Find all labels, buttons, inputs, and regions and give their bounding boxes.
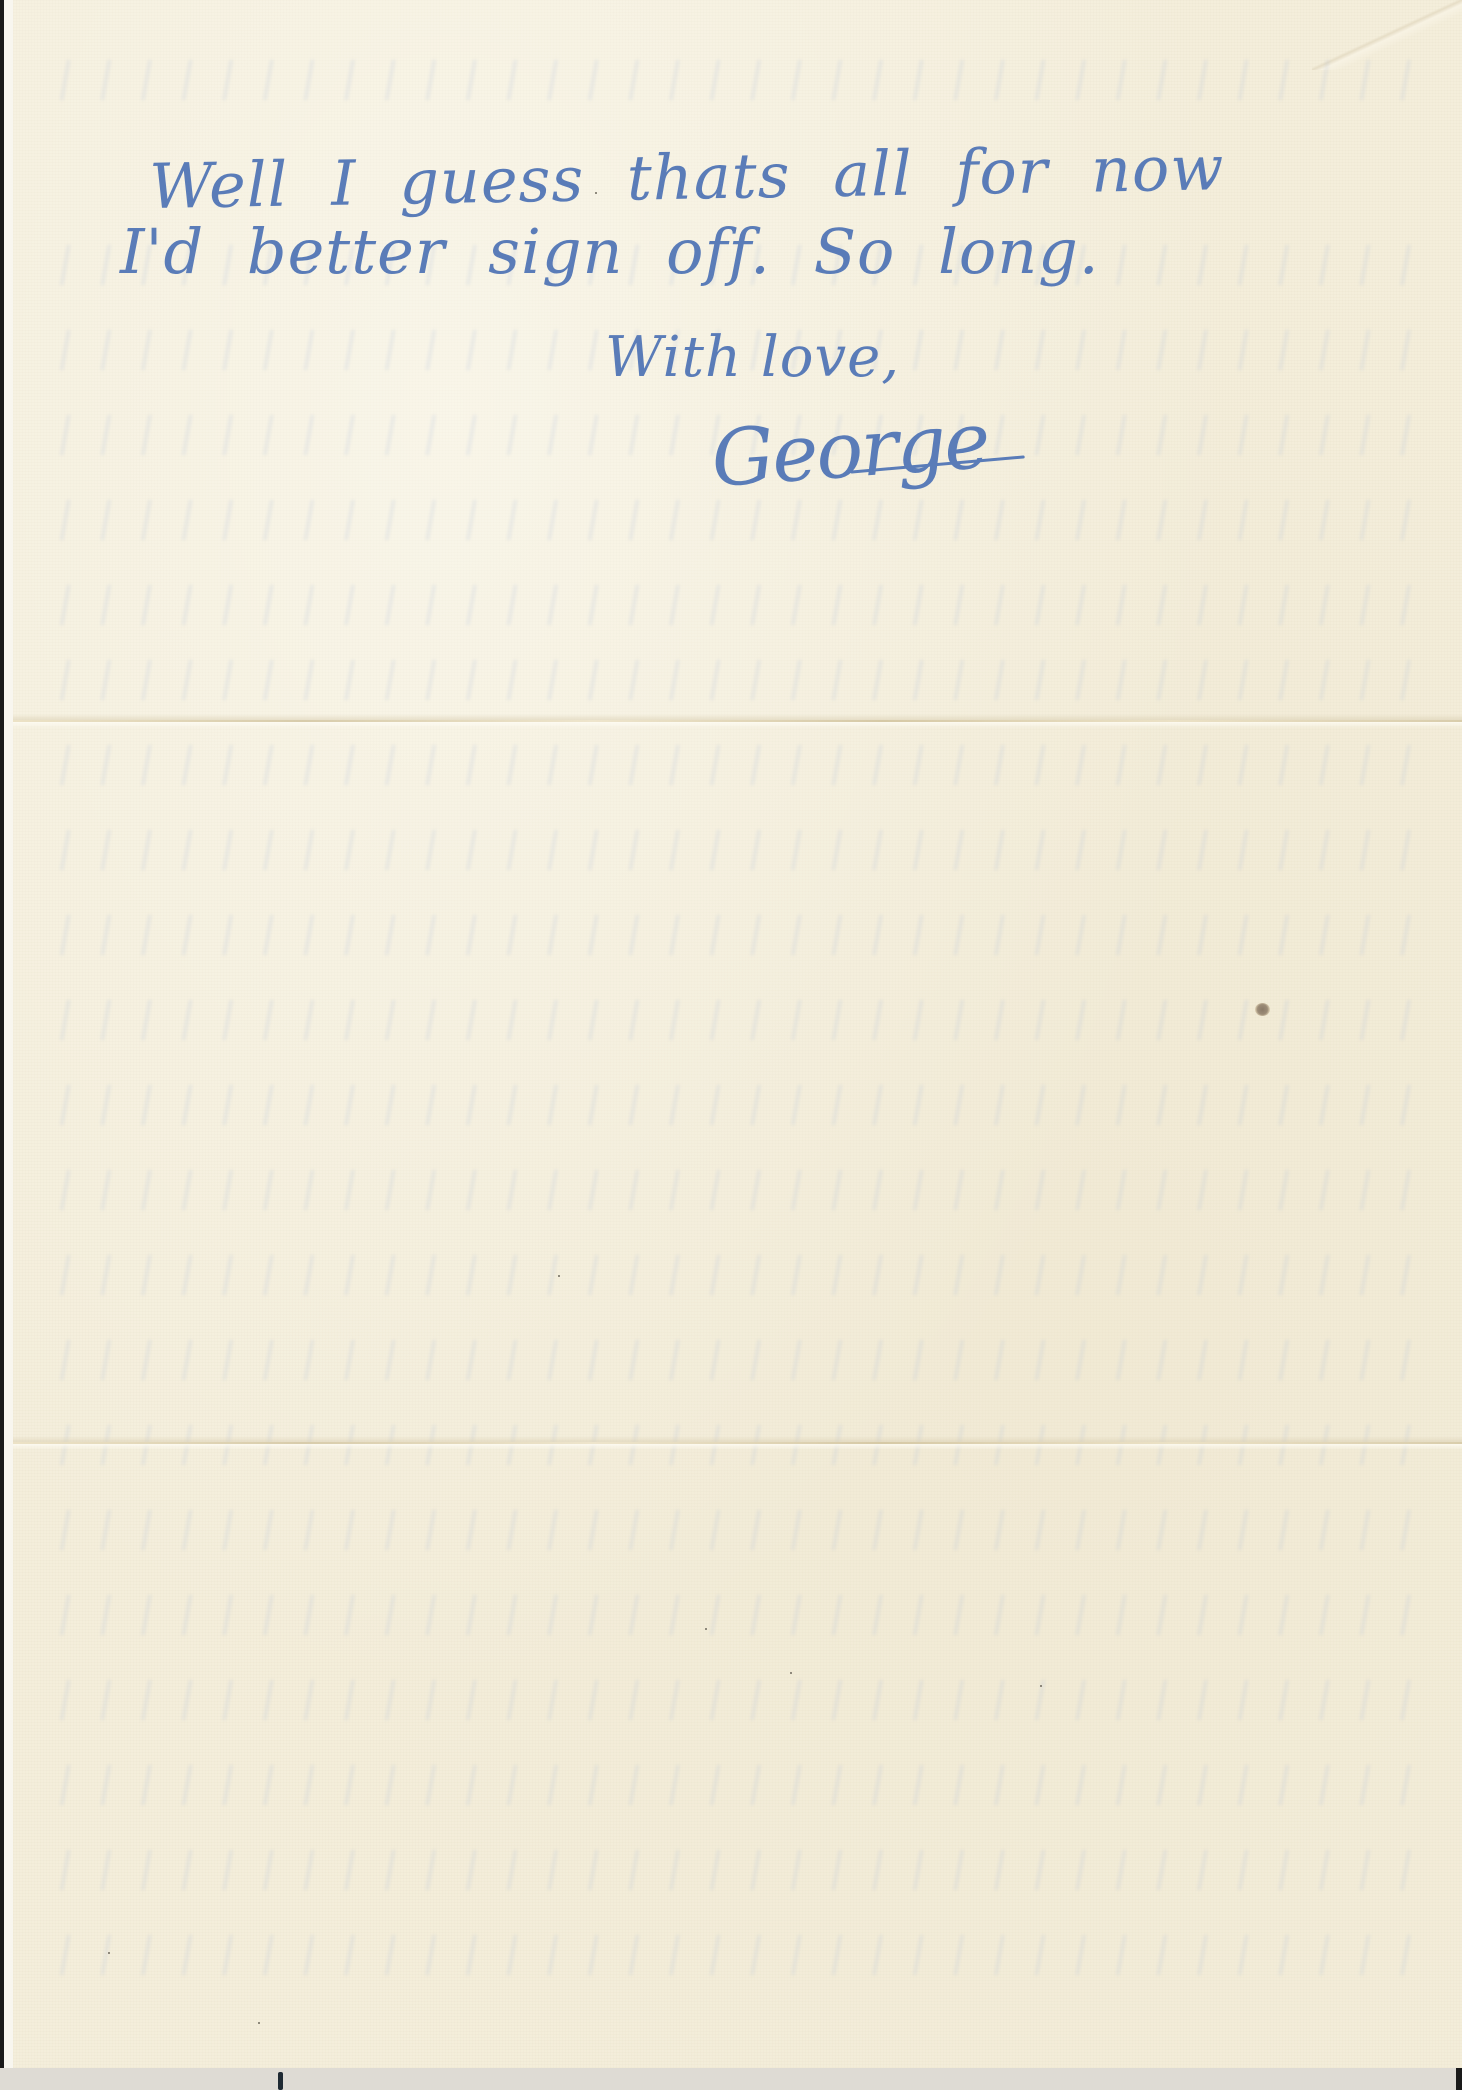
bleed-through-text [53,745,1432,785]
fold-highlight [13,722,1462,728]
bleed-through-text [53,1765,1432,1805]
bleed-through-text [53,1340,1432,1380]
bleed-through-text [53,1850,1432,1890]
scanner-edge-right [1456,2068,1462,2090]
bleed-through-text [53,1935,1432,1975]
paper-stain [1255,1003,1270,1016]
fold-crease-lower [13,1436,1462,1450]
bleed-through-text [53,915,1432,955]
ink-speck [790,1672,792,1674]
scanner-bed-strip [0,2068,1462,2090]
ink-speck [558,1275,560,1277]
scanner-edge-left [0,0,4,2090]
bleed-through-text [53,1680,1432,1720]
bleed-through-text [53,1255,1432,1295]
ink-speck [108,1952,110,1954]
fold-crease-upper [13,714,1462,728]
bleed-through-text [53,830,1432,870]
bleed-through-text [53,585,1432,625]
bleed-through-text [53,500,1432,540]
bleed-through-text [53,1595,1432,1635]
bleed-through-text [53,1000,1432,1040]
letter-line-2: I'd better sign off. So long. [120,215,1100,288]
scanner-mark [278,2072,283,2090]
fold-highlight [13,1444,1462,1450]
bleed-through-text [53,1170,1432,1210]
ink-speck [258,2022,260,2024]
letter-signature: George [709,396,991,505]
letter-closing: With love, [605,325,900,390]
bleed-through-text [53,1085,1432,1125]
scanned-letter-page: Well I guess thats all for now I'd bette… [0,0,1462,2090]
ink-speck [705,1628,707,1630]
paper-sheet [13,0,1462,2068]
bleed-through-text [53,1510,1432,1550]
bleed-through-text [53,660,1432,700]
ink-speck [1040,1685,1042,1687]
bleed-through-text [53,60,1432,100]
